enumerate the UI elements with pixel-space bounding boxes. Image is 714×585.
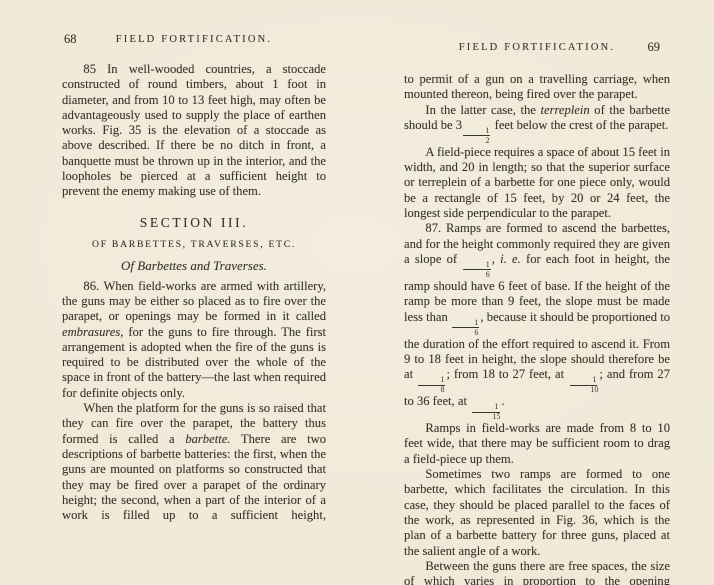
paragraph-85: 85 In well-wooded countries, a stoccade … [62,62,326,200]
paragraph-87: 87. Ramps are formed to ascend the barbe… [404,221,670,421]
inline-fraction: 12 [463,127,490,145]
inline-fraction: 18 [418,376,445,394]
inline-fraction: 16 [463,261,490,279]
paragraph-terreplein: In the latter case, the terreplein of th… [404,103,670,145]
paragraph-carryover: to permit of a gun on a travelling carri… [404,72,670,103]
right-page-body: to permit of a gun on a travelling carri… [404,72,670,585]
paragraph-ramps-width: Ramps in field-works are made from 8 to … [404,421,670,467]
paragraph-two-ramps: Sometimes two ramps are formed to one ba… [404,467,670,559]
paragraph-86: 86. When field-works are armed with arti… [62,279,326,401]
right-page-number: 69 [648,40,661,55]
paragraph-field-piece: A field-piece requires a space of about … [404,145,670,221]
left-running-title: FIELD FORTIFICATION. [62,34,326,45]
right-page-header: FIELD FORTIFICATION. 69 [404,42,670,57]
section-subheading: OF BARBETTES, TRAVERSES, ETC. [62,239,326,251]
page-68: 68 FIELD FORTIFICATION. 85 In well-woode… [62,0,326,523]
paragraph-platform: When the platform for the guns is so rai… [62,401,326,523]
paragraph-free-spaces: Between the guns there are free spaces, … [404,559,670,585]
inline-fraction: 110 [569,376,598,394]
section-heading: SECTION III. [62,215,326,231]
right-running-title: FIELD FORTIFICATION. [404,42,670,53]
inline-fraction: 16 [452,319,479,337]
left-page-header: 68 FIELD FORTIFICATION. [62,34,326,49]
book-spread: 68 FIELD FORTIFICATION. 85 In well-woode… [0,0,714,585]
inline-fraction: 115 [471,403,500,421]
left-page-body: 85 In well-wooded countries, a stoccade … [62,62,326,523]
page-69: FIELD FORTIFICATION. 69 to permit of a g… [404,0,670,585]
section-subtitle: Of Barbettes and Traverses. [62,258,326,274]
